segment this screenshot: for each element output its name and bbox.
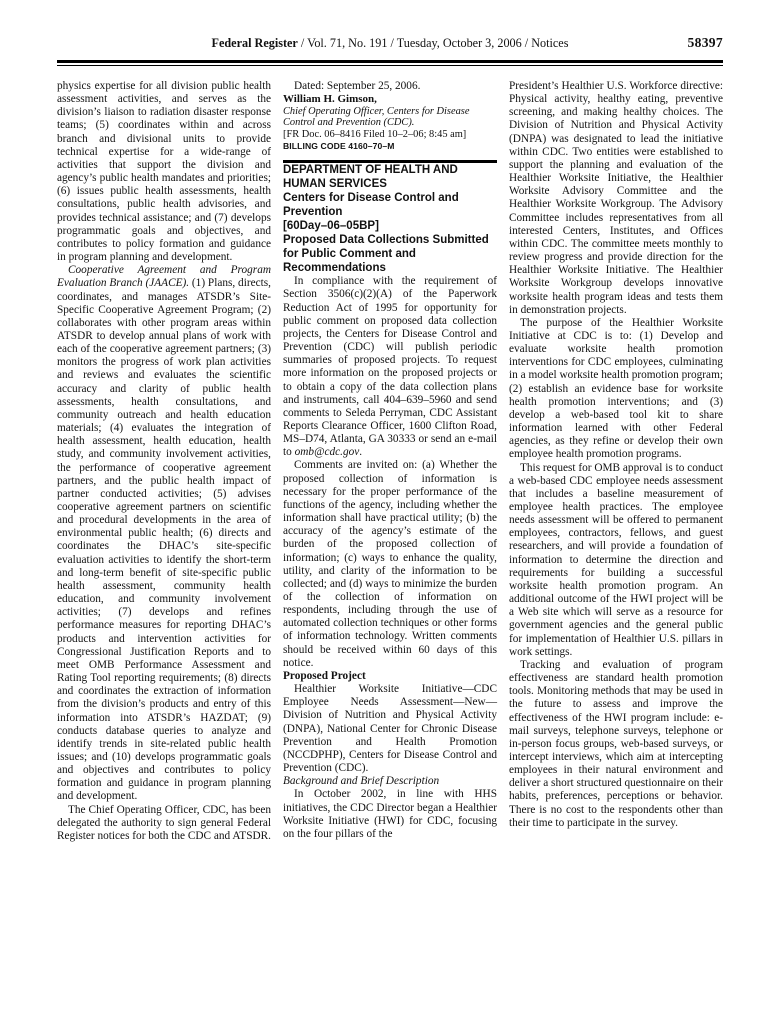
paragraph-cooperative-agreement-branch: Cooperative Agreement and Program Evalua… [57,264,271,803]
compliance-text: In compliance with the requirement of Se… [283,275,497,458]
background-heading: Background and Brief Description [283,775,497,788]
paragraph-directive: President’s Healthier U.S. Workforce dir… [509,80,723,317]
notice-title: Proposed Data Collections Submitted for … [283,233,497,275]
federal-register-page: Federal Register / Vol. 71, No. 191 / Tu… [0,0,768,1024]
paragraph-project-description: Healthier Worksite Initiative—CDC Employ… [283,683,497,775]
right-column: President’s Healthier U.S. Workforce dir… [509,80,723,843]
page-header: Federal Register / Vol. 71, No. 191 / Tu… [57,36,723,54]
paragraph-background: In October 2002, in line with HHS initia… [283,788,497,841]
three-column-body: physics expertise for all division publi… [57,80,723,843]
paragraph-tracking-evaluation: Tracking and evaluation of program effec… [509,659,723,830]
paragraph-comments-invited: Comments are invited on: (a) Whether the… [283,459,497,670]
page-number: 58397 [688,35,723,51]
department-heading: DEPARTMENT OF HEALTH AND HUMAN SERVICES [283,163,497,191]
dated-line: Dated: September 25, 2006. [283,80,497,93]
paragraph-division-functions: physics expertise for all division publi… [57,80,271,264]
email-address-italic: omb@cdc.gov [295,446,360,458]
journal-citation: / Vol. 71, No. 191 / Tuesday, October 3,… [298,36,569,50]
left-column: physics expertise for all division publi… [57,80,271,843]
docket-number: [60Day–06–05BP] [283,219,497,233]
running-head: Federal Register / Vol. 71, No. 191 / Tu… [57,36,723,51]
middle-column: Dated: September 25, 2006. William H. Gi… [283,80,497,843]
agency-heading: Centers for Disease Control and Preventi… [283,191,497,219]
fr-doc-line: [FR Doc. 06–8416 Filed 10–2–06; 8:45 am] [283,129,497,141]
header-rule-thick [57,60,723,63]
branch-duties-text: (1) Plans, directs, coordinates, and man… [57,277,271,802]
paragraph-purpose: The purpose of the Healthier Worksite In… [509,317,723,462]
header-rule-thin [57,65,723,66]
billing-code-line: BILLING CODE 4160–70–M [283,141,497,151]
paragraph-delegation: The Chief Operating Officer, CDC, has be… [57,804,271,843]
proposed-project-heading: Proposed Project [283,670,497,683]
header-double-rule [57,60,723,66]
signature-title: Chief Operating Officer, Centers for Dis… [283,106,497,130]
journal-name: Federal Register [212,36,298,50]
signature-name: William H. Gimson, [283,93,497,106]
paragraph-compliance: In compliance with the requirement of Se… [283,275,497,459]
paragraph-omb-request: This request for OMB approval is to cond… [509,462,723,659]
compliance-text-end: . [359,446,362,458]
